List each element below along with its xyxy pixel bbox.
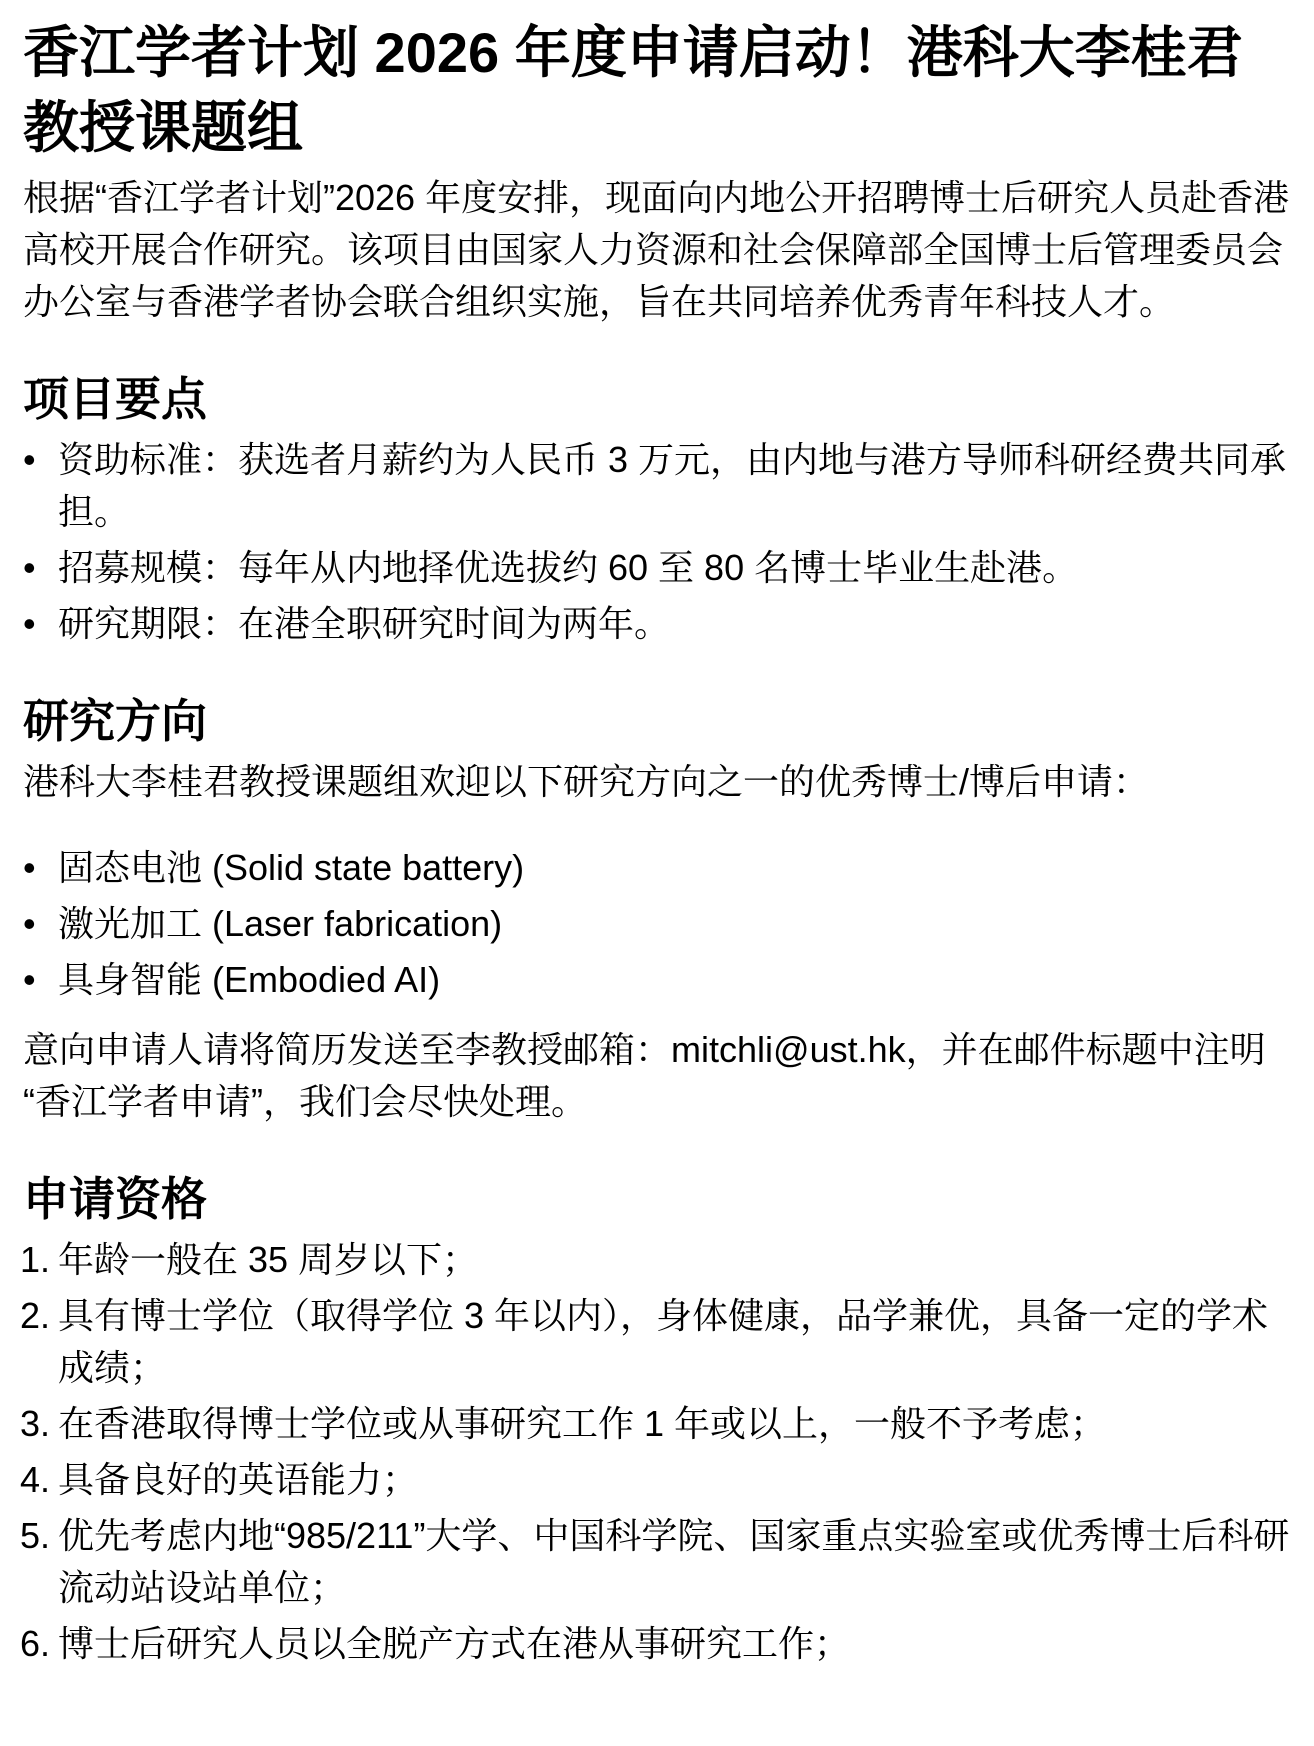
contact-text-before: 意向申请人请将简历发送至李教授邮箱： <box>23 1029 671 1070</box>
bullet-marker: • <box>23 598 36 650</box>
eligibility-item: 4. 具备良好的英语能力； <box>23 1454 1290 1506</box>
email-address: mitchli@ust.hk <box>671 1029 906 1070</box>
highlight-item: • 资助标准：获选者月薪约为人民币 3 万元，由内地与港方导师科研经费共同承担。 <box>23 434 1290 538</box>
program-highlights-list: • 资助标准：获选者月薪约为人民币 3 万元，由内地与港方导师科研经费共同承担。… <box>23 434 1290 650</box>
number-marker: 2. <box>20 1290 50 1342</box>
eligibility-item: 3. 在香港取得博士学位或从事研究工作 1 年或以上，一般不予考虑； <box>23 1398 1290 1450</box>
eligibility-item: 5. 优先考虑内地“985/211”大学、中国科学院、国家重点实验室或优秀博士后… <box>23 1510 1290 1614</box>
section-heading-research-directions: 研究方向 <box>23 690 1290 752</box>
highlight-item: • 研究期限：在港全职研究时间为两年。 <box>23 598 1290 650</box>
bullet-marker: • <box>23 954 36 1006</box>
number-marker: 6. <box>20 1618 50 1670</box>
number-marker: 1. <box>20 1234 50 1286</box>
eligibility-item-text: 年龄一般在 35 周岁以下； <box>58 1239 478 1280</box>
highlight-item-text: 资助标准：获选者月薪约为人民币 3 万元，由内地与港方导师科研经费共同承担。 <box>58 439 1286 532</box>
bullet-marker: • <box>23 898 36 950</box>
research-direction-item: • 固态电池 (Solid state battery) <box>23 842 1290 894</box>
highlight-item-text: 招募规模：每年从内地择优选拔约 60 至 80 名博士毕业生赴港。 <box>58 547 1078 588</box>
section-heading-program-highlights: 项目要点 <box>23 368 1290 430</box>
eligibility-item-text: 在香港取得博士学位或从事研究工作 1 年或以上，一般不予考虑； <box>58 1403 1106 1444</box>
page-title: 香江学者计划 2026 年度申请启动！港科大李桂君教授课题组 <box>23 15 1290 165</box>
bullet-marker: • <box>23 842 36 894</box>
article-page: 香江学者计划 2026 年度申请启动！港科大李桂君教授课题组 根据“香江学者计划… <box>0 0 1314 1746</box>
research-direction-text: 激光加工 (Laser fabrication) <box>58 903 502 944</box>
eligibility-item: 6. 博士后研究人员以全脱产方式在港从事研究工作； <box>23 1618 1290 1670</box>
number-marker: 5. <box>20 1510 50 1562</box>
bullet-marker: • <box>23 542 36 594</box>
research-direction-text: 具身智能 (Embodied AI) <box>58 959 440 1000</box>
research-direction-item: • 具身智能 (Embodied AI) <box>23 954 1290 1006</box>
eligibility-item-text: 具有博士学位（取得学位 3 年以内），身体健康，品学兼优，具备一定的学术成绩； <box>58 1295 1268 1388</box>
bullet-marker: • <box>23 434 36 486</box>
research-intro-paragraph: 港科大李桂君教授课题组欢迎以下研究方向之一的优秀博士/博后申请： <box>23 756 1290 808</box>
eligibility-item-text: 优先考虑内地“985/211”大学、中国科学院、国家重点实验室或优秀博士后科研流… <box>58 1515 1289 1608</box>
eligibility-item-text: 博士后研究人员以全脱产方式在港从事研究工作； <box>58 1623 850 1664</box>
highlight-item-text: 研究期限：在港全职研究时间为两年。 <box>58 603 670 644</box>
research-direction-text: 固态电池 (Solid state battery) <box>58 847 524 888</box>
number-marker: 4. <box>20 1454 50 1506</box>
contact-paragraph: 意向申请人请将简历发送至李教授邮箱：mitchli@ust.hk，并在邮件标题中… <box>23 1024 1290 1128</box>
highlight-item: • 招募规模：每年从内地择优选拔约 60 至 80 名博士毕业生赴港。 <box>23 542 1290 594</box>
intro-paragraph: 根据“香江学者计划”2026 年度安排，现面向内地公开招聘博士后研究人员赴香港高… <box>23 172 1290 328</box>
eligibility-item: 1. 年龄一般在 35 周岁以下； <box>23 1234 1290 1286</box>
research-directions-list: • 固态电池 (Solid state battery) • 激光加工 (Las… <box>23 842 1290 1006</box>
eligibility-list: 1. 年龄一般在 35 周岁以下； 2. 具有博士学位（取得学位 3 年以内），… <box>23 1234 1290 1670</box>
number-marker: 3. <box>20 1398 50 1450</box>
research-direction-item: • 激光加工 (Laser fabrication) <box>23 898 1290 950</box>
eligibility-item: 2. 具有博士学位（取得学位 3 年以内），身体健康，品学兼优，具备一定的学术成… <box>23 1290 1290 1394</box>
eligibility-item-text: 具备良好的英语能力； <box>58 1459 418 1500</box>
section-heading-eligibility: 申请资格 <box>23 1168 1290 1230</box>
